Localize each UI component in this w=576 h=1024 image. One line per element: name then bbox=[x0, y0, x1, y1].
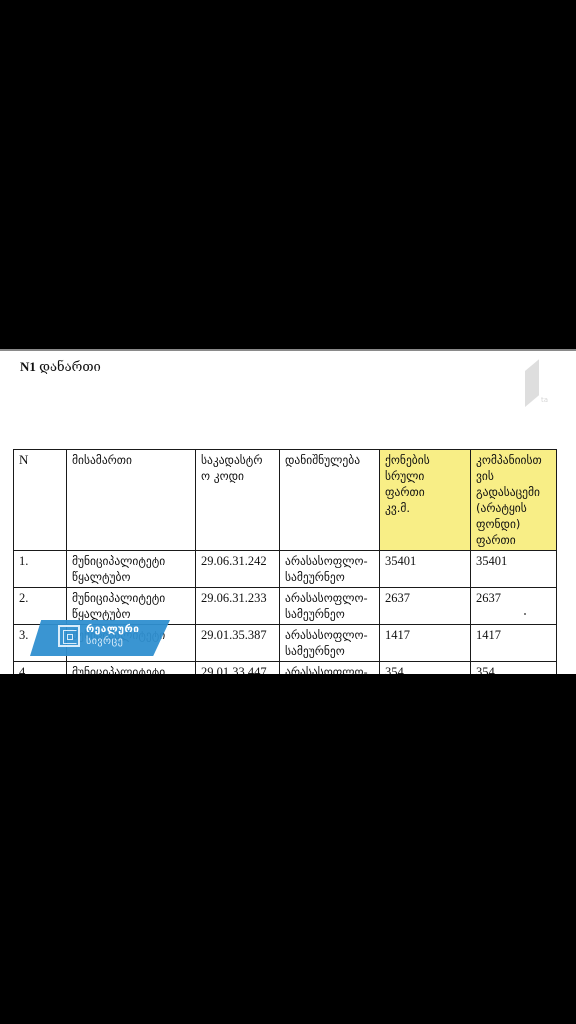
cell-full-area: 354 bbox=[380, 662, 471, 675]
header-cadastral-code: საკადასტრ ო კოდი bbox=[196, 450, 280, 551]
header-purpose: დანიშნულება bbox=[280, 450, 380, 551]
cell-purpose: არასასოფლო-სამეურნეო bbox=[280, 625, 380, 662]
header-full-area: ქონების სრული ფართი კვ.მ. bbox=[380, 450, 471, 551]
cell-cadastral-code: 29.06.31.233 bbox=[196, 588, 280, 625]
header-number: N bbox=[14, 450, 67, 551]
cell-full-area: 35401 bbox=[380, 551, 471, 588]
title-number: N1 bbox=[20, 359, 36, 374]
title-text: დანართი bbox=[39, 359, 101, 374]
cell-address: მუნიციპალიტეტიწყალტუბო bbox=[67, 588, 196, 625]
cell-transfer-area: 35401 bbox=[471, 551, 557, 588]
cell-cadastral-code: 29.06.31.242 bbox=[196, 551, 280, 588]
cell-cadastral-code: 29.01.33.447 bbox=[196, 662, 280, 675]
table-row: 1.მუნიციპალიტეტიწყალტუბო29.06.31.242არას… bbox=[14, 551, 557, 588]
watermark-line1: რეალური bbox=[86, 624, 139, 635]
cell-cadastral-code: 29.01.35.387 bbox=[196, 625, 280, 662]
table-row: 4.მუნიციპალიტეტი29.01.33.447არასასოფლო-3… bbox=[14, 662, 557, 675]
cell-full-area: 1417 bbox=[380, 625, 471, 662]
header-address: მისამართი bbox=[67, 450, 196, 551]
watermark-line2: სივრცე bbox=[86, 636, 123, 647]
letterbox-bottom bbox=[0, 674, 576, 1024]
cell-transfer-area: 1417 bbox=[471, 625, 557, 662]
letterbox-top bbox=[0, 0, 576, 349]
cell-purpose: არასასოფლო- bbox=[280, 662, 380, 675]
cell-purpose: არასასოფლო-სამეურნეო bbox=[280, 588, 380, 625]
tv-channel-logo-icon: ta bbox=[521, 365, 549, 409]
cell-address: მუნიციპალიტეტი bbox=[67, 662, 196, 675]
cell-number: 4. bbox=[14, 662, 67, 675]
cell-number: 2. bbox=[14, 588, 67, 625]
watermark-logo: რეალური სივრცე bbox=[30, 620, 170, 656]
cell-transfer-area: 2637 bbox=[471, 588, 557, 625]
cell-address: მუნიციპალიტეტიწყალტუბო bbox=[67, 551, 196, 588]
cell-transfer-area: 354 bbox=[471, 662, 557, 675]
table-row: 2.მუნიციპალიტეტიწყალტუბო29.06.31.233არას… bbox=[14, 588, 557, 625]
maze-icon bbox=[58, 625, 80, 647]
header-transfer-area: კომპანიისთ ვის გადასაცემი (არატყის ფონდი… bbox=[471, 450, 557, 551]
scan-artifact bbox=[524, 613, 526, 615]
cell-number: 1. bbox=[14, 551, 67, 588]
document-title: N1 დანართი bbox=[20, 359, 101, 375]
table-header-row: N მისამართი საკადასტრ ო კოდი დანიშნულება… bbox=[14, 450, 557, 551]
channel-logo-text: ta bbox=[541, 396, 548, 404]
document-page: N1 დანართი ta N მისამართი საკადასტრ ო კო… bbox=[0, 349, 576, 674]
cell-purpose: არასასოფლო-სამეურნეო bbox=[280, 551, 380, 588]
cell-full-area: 2637 bbox=[380, 588, 471, 625]
